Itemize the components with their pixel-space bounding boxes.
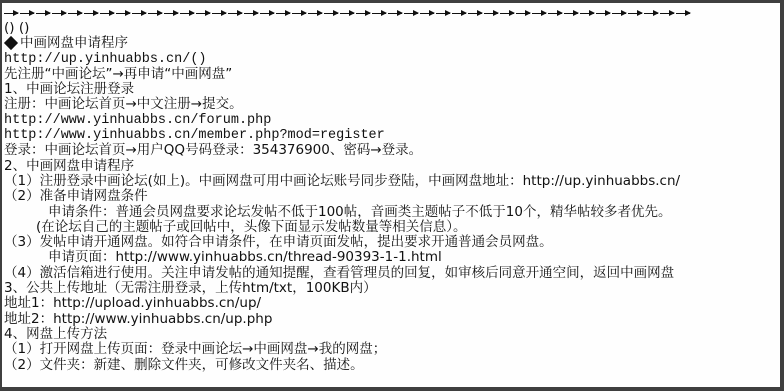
arrow-icon (276, 10, 292, 17)
step-4-1-line: （1）打开网盘上传页面：登录中画论坛→中画网盘→我的网盘； (4, 342, 780, 357)
forum-url-link[interactable]: http://www.yinhuabbs.cn/forum.php (4, 113, 780, 128)
arrow-icon (132, 10, 148, 17)
login-steps-line: 登录：中画论坛首页→用户QQ号码登录：354376900、密码→登录。 (4, 143, 780, 158)
arrow-icon (676, 10, 692, 17)
arrow-icon (436, 10, 452, 17)
arrow-icon (596, 10, 612, 17)
step-2-4-text: （4）激活信箱进行使用。关注申请发帖的通知提醒，查看管理员的回复，如审核后同意开… (4, 265, 674, 281)
arrow-icon (292, 10, 308, 17)
arrow-icon (164, 10, 180, 17)
intro-line: 先注册“中画论坛”→再申请“中画网盘” (4, 67, 780, 82)
title-url-text[interactable]: http://up.yinhuabbs.cn/() (4, 52, 207, 67)
arrow-icon (660, 10, 676, 17)
section-heading-4: 4、网盘上传方法 (4, 327, 780, 342)
login-steps-text: 登录：中画论坛首页→用户QQ号码登录：354376900、密码→登录。 (4, 142, 422, 158)
arrow-icon (100, 10, 116, 17)
step-4-1-text: （1）打开网盘上传页面：登录中画论坛→中画网盘→我的网盘； (4, 341, 386, 357)
arrow-icon (212, 10, 228, 17)
arrow-icon (388, 10, 404, 17)
step-2-2-conditions-text: 申请条件：普通会员网盘要求论坛发帖不低于100帖，音画类主题帖子不低于10个，精… (48, 204, 671, 220)
arrow-icon (196, 10, 212, 17)
step-2-2-conditions-line: 申请条件：普通会员网盘要求论坛发帖不低于100帖，音画类主题帖子不低于10个，精… (4, 205, 780, 220)
arrow-icon (420, 10, 436, 17)
arrow-divider (4, 6, 694, 21)
register-url-text[interactable]: http://www.yinhuabbs.cn/member.php?mod=r… (4, 128, 385, 143)
arrow-icon (228, 10, 244, 17)
section-2-text: 2、中画网盘申请程序 (4, 158, 134, 174)
diamond-icon (4, 36, 18, 50)
arrow-icon (516, 10, 532, 17)
step-2-2-note-line: (在论坛自己的主题帖子或回帖中，头像下面显示发帖数量等相关信息）。 (4, 220, 780, 235)
arrow-icon (4, 10, 20, 17)
address-1-text[interactable]: 地址1：http://upload.yinhuabbs.cn/up/ (4, 295, 261, 311)
step-4-2-line: （2）文件夹：新建、删除文件夹，可修改文件夹名、描述。 (4, 358, 780, 373)
arrow-icon (180, 10, 196, 17)
arrow-icon (148, 10, 164, 17)
arrow-icon (580, 10, 596, 17)
arrow-icon (356, 10, 372, 17)
arrow-icon (484, 10, 500, 17)
step-4-2-text: （2）文件夹：新建、删除文件夹，可修改文件夹名、描述。 (4, 357, 364, 373)
title-url-link[interactable]: http://up.yinhuabbs.cn/() (4, 52, 780, 67)
step-2-2-line: （2）准备申请网盘条件 (4, 189, 780, 204)
arrow-icon (644, 10, 660, 17)
arrow-icon (84, 10, 100, 17)
arrow-icon (116, 10, 132, 17)
arrow-icon (68, 10, 84, 17)
arrow-icon (324, 10, 340, 17)
arrow-icon (36, 10, 52, 17)
address-2-line[interactable]: 地址2：http://www.yinhuabbs.cn/up.php (4, 312, 780, 327)
address-1-line[interactable]: 地址1：http://upload.yinhuabbs.cn/up/ (4, 296, 780, 311)
register-steps-text: 注册：中画论坛首页→中文注册→提交。 (4, 96, 243, 112)
forum-url-text[interactable]: http://www.yinhuabbs.cn/forum.php (4, 113, 271, 128)
arrow-icon (612, 10, 628, 17)
section-1-text: 1、中画论坛注册登录 (4, 81, 134, 97)
arrow-icon (260, 10, 276, 17)
register-steps-line: 注册：中画论坛首页→中文注册→提交。 (4, 97, 780, 112)
step-2-2-note-text: (在论坛自己的主题帖子或回帖中，头像下面显示发帖数量等相关信息）。 (36, 219, 467, 235)
intro-text: 先注册“中画论坛”→再申请“中画网盘” (4, 66, 232, 82)
section-3-text: 3、公共上传地址（无需注册登录，上传htm/txt，100KB内） (4, 280, 377, 296)
arrow-icon (404, 10, 420, 17)
section-heading-2: 2、中画网盘申请程序 (4, 159, 780, 174)
arrow-icon (340, 10, 356, 17)
step-2-1-line: （1）注册登录中画论坛(如上)。中画网盘可用中画论坛账号同步登陆，中画网盘地址：… (4, 174, 780, 189)
parens-text: () () (4, 20, 29, 36)
title-text: 中画网盘申请程序 (20, 35, 128, 51)
arrow-icon (244, 10, 260, 17)
step-2-3-page-text[interactable]: 申请页面：http://www.yinhuabbs.cn/thread-9039… (48, 249, 442, 265)
address-2-text[interactable]: 地址2：http://www.yinhuabbs.cn/up.php (4, 311, 272, 327)
arrow-icon (548, 10, 564, 17)
arrow-icon (500, 10, 516, 17)
step-2-3-text: （3）发帖申请开通网盘。如符合申请条件，在申请页面发帖，提出要求开通普通会员网盘… (4, 234, 553, 250)
arrow-icon (452, 10, 468, 17)
document-body: () () 中画网盘申请程序 http://up.yinhuabbs.cn/()… (4, 6, 780, 373)
arrow-icon (20, 10, 36, 17)
arrow-icon (564, 10, 580, 17)
arrow-icon (532, 10, 548, 17)
step-2-2-text: （2）准备申请网盘条件 (4, 188, 148, 204)
arrow-icon (52, 10, 68, 17)
section-4-text: 4、网盘上传方法 (4, 326, 107, 342)
parens-line: () () (4, 21, 780, 36)
step-2-4-line: （4）激活信箱进行使用。关注申请发帖的通知提醒，查看管理员的回复，如审核后同意开… (4, 266, 780, 281)
step-2-3-page-line[interactable]: 申请页面：http://www.yinhuabbs.cn/thread-9039… (4, 250, 780, 265)
arrow-icon (308, 10, 324, 17)
step-2-1-text: （1）注册登录中画论坛(如上)。中画网盘可用中画论坛账号同步登陆，中画网盘地址：… (4, 173, 680, 189)
arrow-icon (372, 10, 388, 17)
document-frame: () () 中画网盘申请程序 http://up.yinhuabbs.cn/()… (0, 0, 784, 391)
arrow-icon (628, 10, 644, 17)
arrow-icon (468, 10, 484, 17)
document-title: 中画网盘申请程序 (4, 36, 780, 51)
